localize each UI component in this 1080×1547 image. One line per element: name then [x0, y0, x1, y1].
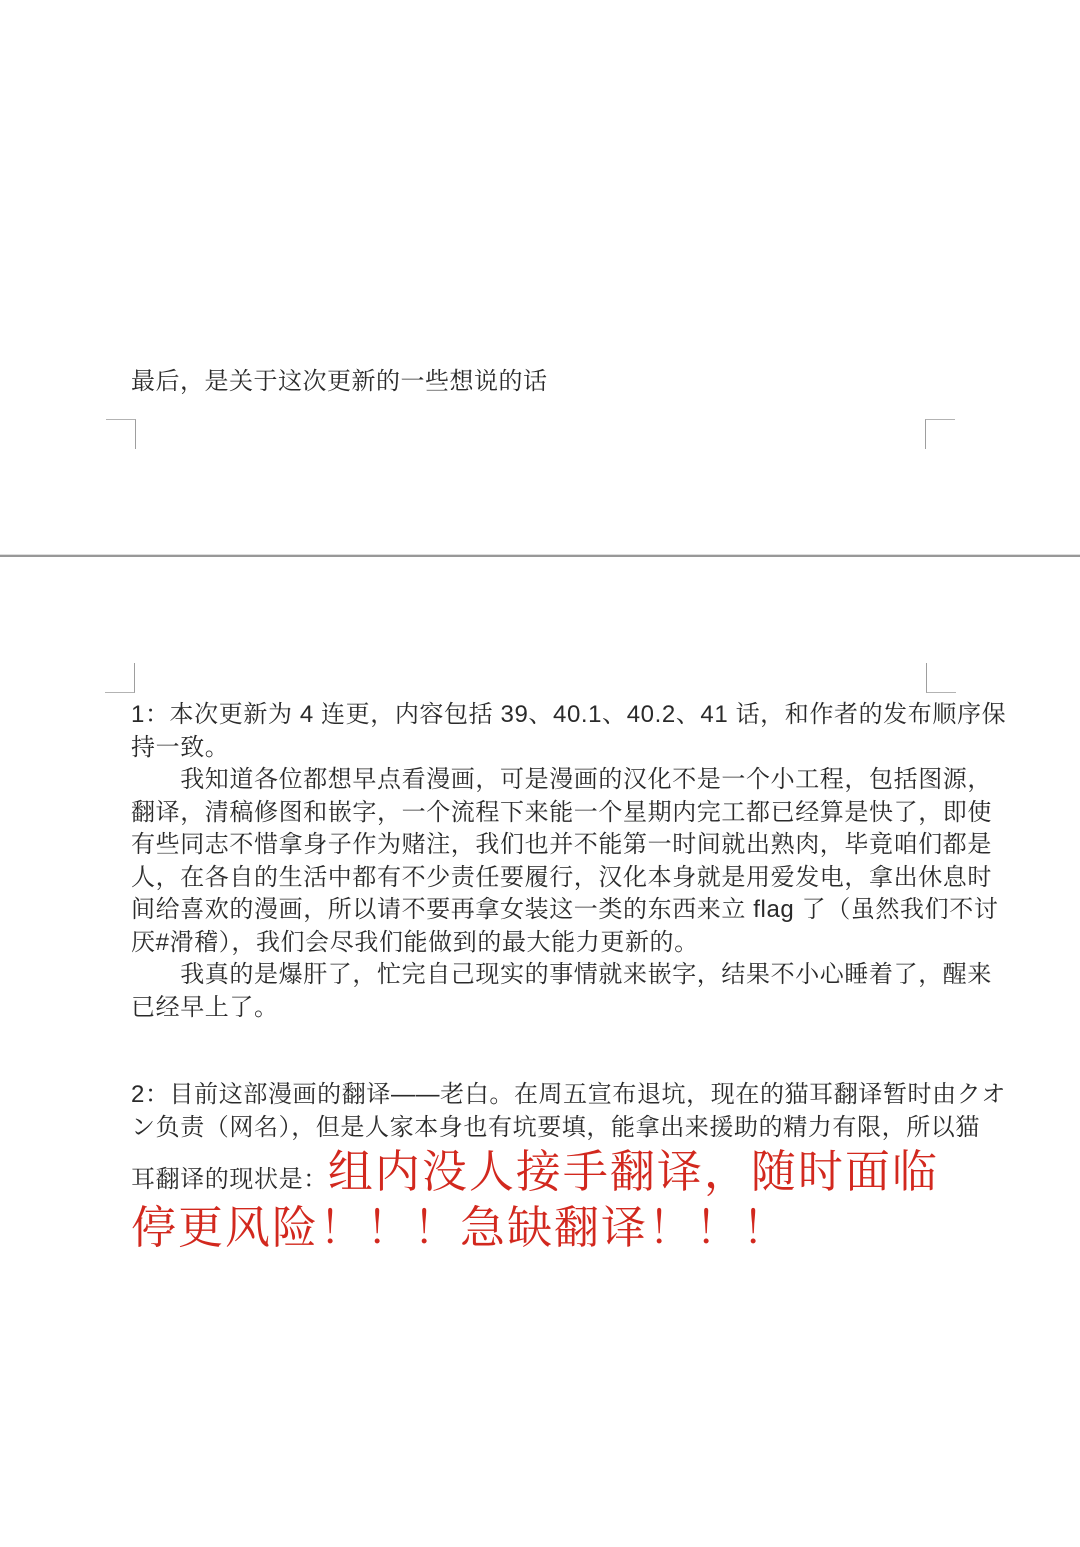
- page1-bottom-left-margin-mark: [106, 419, 136, 449]
- page1-bottom-right-margin-mark: [925, 419, 955, 449]
- section1-paragraphs: 1：本次更新为 4 连更，内容包括 39、40.1、40.2、41 话，和作者的…: [131, 699, 961, 1024]
- body-line: 有些同志不惜拿身子作为赌注，我们也并不能第一时间就出熟肉，毕竟咱们都是: [131, 829, 961, 862]
- body-line: 我知道各位都想早点看漫画，可是漫画的汉化不是一个小工程，包括图源，: [131, 764, 961, 797]
- paragraph-gap: [131, 1024, 961, 1079]
- body-line: 人，在各自的生活中都有不少责任要履行，汉化本身就是用爱发电，拿出休息时: [131, 862, 961, 895]
- page-break-separator: [0, 554, 1080, 557]
- body-line: 间给喜欢的漫画，所以请不要再拿女装这一类的东西来立 flag 了（虽然我们不讨: [131, 894, 961, 927]
- status-label: 耳翻译的现状是：: [131, 1159, 328, 1194]
- document-page-view: 最后，是关于这次更新的一些想说的话 1：本次更新为 4 连更，内容包括 39、4…: [0, 0, 1080, 1547]
- page2-top-right-margin-mark: [926, 663, 956, 693]
- body-line: 持一致。: [131, 732, 961, 765]
- warning-text-line2: 停更风险！！！急缺翻译！！！: [131, 1200, 961, 1256]
- page1-closing-line: 最后，是关于这次更新的一些想说的话: [131, 367, 548, 397]
- status-row: 耳翻译的现状是： 组内没人接手翻译，随时面临: [131, 1144, 961, 1200]
- body-line: 翻译，清稿修图和嵌字，一个流程下来能一个星期内完工都已经算是快了，即使: [131, 797, 961, 830]
- body-line: 厌#滑稽），我们会尽我们能做到的最大能力更新的。: [131, 927, 961, 960]
- body-line: 已经早上了。: [131, 992, 961, 1025]
- page2-top-left-margin-mark: [105, 663, 135, 693]
- page2-text-block: 1：本次更新为 4 连更，内容包括 39、40.1、40.2、41 话，和作者的…: [131, 699, 961, 1256]
- body-line: 1：本次更新为 4 连更，内容包括 39、40.1、40.2、41 话，和作者的…: [131, 699, 961, 732]
- body-line: 2：目前这部漫画的翻译——老白。在周五宣布退坑，现在的猫耳翻译暂时由クオ: [131, 1079, 961, 1112]
- section2-paragraph: 2：目前这部漫画的翻译——老白。在周五宣布退坑，现在的猫耳翻译暂时由クオ ン负责…: [131, 1079, 961, 1256]
- body-line: 我真的是爆肝了，忙完自己现实的事情就来嵌字，结果不小心睡着了，醒来: [131, 959, 961, 992]
- body-line: ン负责（网名），但是人家本身也有坑要填，能拿出来援助的精力有限，所以猫: [131, 1112, 961, 1145]
- warning-text-line1: 组内没人接手翻译，随时面临: [328, 1144, 939, 1200]
